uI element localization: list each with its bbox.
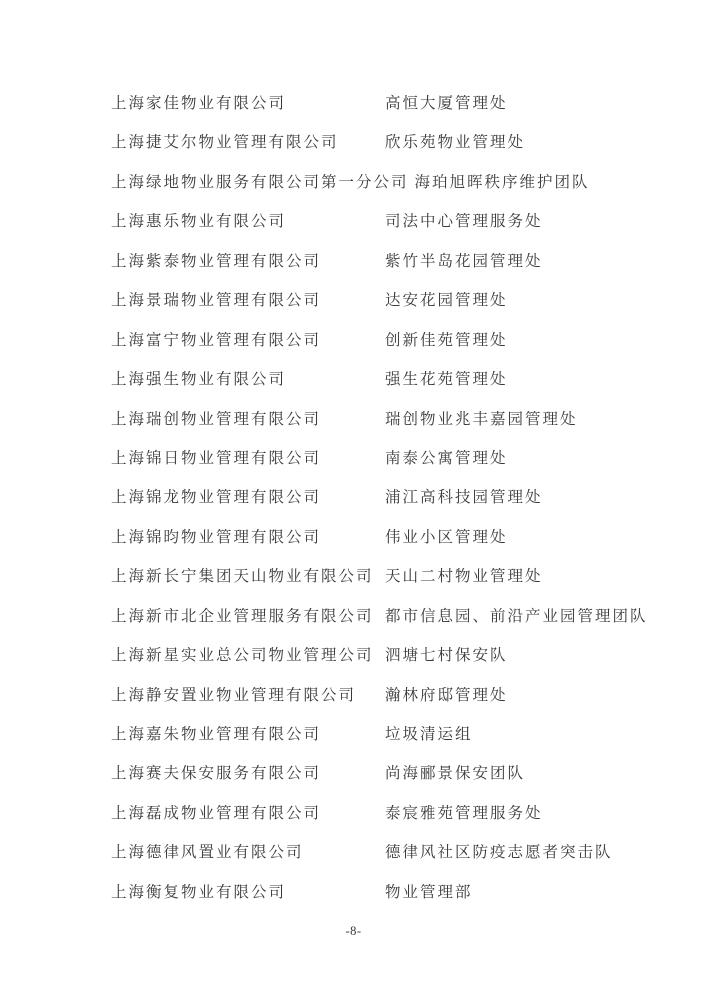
- table-row: 上海德律风置业有限公司 德律风社区防疫志愿者突击队: [111, 844, 667, 883]
- table-row: 上海富宁物业管理有限公司 创新佳苑管理处: [111, 332, 667, 371]
- unit-name: 天山二村物业管理处: [385, 568, 667, 587]
- table-row: 上海磊成物业管理有限公司 泰宸雅苑管理服务处: [111, 805, 667, 844]
- table-row: 上海瑞创物业管理有限公司 瑞创物业兆丰嘉园管理处: [111, 411, 667, 450]
- unit-name: 司法中心管理服务处: [385, 213, 667, 232]
- company-name: 上海衡复物业有限公司: [111, 884, 385, 903]
- table-row: 上海绿地物业服务有限公司第一分公司 海珀旭晖秩序维护团队: [111, 174, 667, 213]
- company-name: 上海锦龙物业管理有限公司: [111, 489, 385, 508]
- company-name: 上海紫泰物业管理有限公司: [111, 253, 385, 272]
- unit-name: 创新佳苑管理处: [385, 332, 667, 351]
- company-name: 上海新市北企业管理服务有限公司: [111, 608, 385, 627]
- table-row: 上海锦日物业管理有限公司 南泰公寓管理处: [111, 450, 667, 489]
- unit-name: 物业管理部: [385, 884, 667, 903]
- unit-name: 瑞创物业兆丰嘉园管理处: [385, 411, 667, 430]
- company-name: 上海强生物业有限公司: [111, 371, 385, 390]
- unit-name: 都市信息园、前沿产业园管理团队: [385, 608, 667, 627]
- unit-name: 紫竹半岛花园管理处: [385, 253, 667, 272]
- company-name: 上海赛夫保安服务有限公司: [111, 765, 385, 784]
- table-row: 上海新市北企业管理服务有限公司 都市信息园、前沿产业园管理团队: [111, 608, 667, 647]
- unit-name: 尚海郦景保安团队: [385, 765, 667, 784]
- company-name: 上海绿地物业服务有限公司第一分公司: [111, 174, 415, 193]
- company-name: 上海景瑞物业管理有限公司: [111, 292, 385, 311]
- unit-name: 欣乐苑物业管理处: [385, 134, 667, 153]
- table-row: 上海锦昀物业管理有限公司 伟业小区管理处: [111, 529, 667, 568]
- unit-name: 泰宸雅苑管理服务处: [385, 805, 667, 824]
- table-row: 上海锦龙物业管理有限公司 浦江高科技园管理处: [111, 489, 667, 528]
- company-name: 上海嘉朱物业管理有限公司: [111, 726, 385, 745]
- company-name: 上海新星实业总公司物业管理公司: [111, 647, 385, 666]
- unit-name: 浦江高科技园管理处: [385, 489, 667, 508]
- table-row: 上海惠乐物业有限公司 司法中心管理服务处: [111, 213, 667, 252]
- table-row: 上海赛夫保安服务有限公司 尚海郦景保安团队: [111, 765, 667, 804]
- table-row: 上海新长宁集团天山物业有限公司 天山二村物业管理处: [111, 568, 667, 607]
- unit-name: 高恒大厦管理处: [385, 95, 667, 114]
- company-name: 上海德律风置业有限公司: [111, 844, 385, 863]
- table-row: 上海紫泰物业管理有限公司 紫竹半岛花园管理处: [111, 253, 667, 292]
- company-name: 上海家佳物业有限公司: [111, 95, 385, 114]
- unit-name: 伟业小区管理处: [385, 529, 667, 548]
- table-row: 上海衡复物业有限公司 物业管理部: [111, 884, 667, 923]
- table-row: 上海家佳物业有限公司 高恒大厦管理处: [111, 95, 667, 134]
- company-name: 上海富宁物业管理有限公司: [111, 332, 385, 351]
- table-row: 上海捷艾尔物业管理有限公司 欣乐苑物业管理处: [111, 134, 667, 173]
- document-page: 上海家佳物业有限公司 高恒大厦管理处 上海捷艾尔物业管理有限公司 欣乐苑物业管理…: [0, 0, 707, 1000]
- table-row: 上海嘉朱物业管理有限公司 垃圾清运组: [111, 726, 667, 765]
- company-name: 上海新长宁集团天山物业有限公司: [111, 568, 385, 587]
- unit-name: 泗塘七村保安队: [385, 647, 667, 666]
- unit-name: 瀚林府邸管理处: [385, 687, 667, 706]
- company-name: 上海捷艾尔物业管理有限公司: [111, 134, 385, 153]
- table-row: 上海强生物业有限公司 强生花苑管理处: [111, 371, 667, 410]
- unit-name: 海珀旭晖秩序维护团队: [415, 174, 667, 193]
- page-number: -8-: [0, 924, 707, 939]
- company-name: 上海磊成物业管理有限公司: [111, 805, 385, 824]
- company-name: 上海静安置业物业管理有限公司: [111, 687, 385, 706]
- unit-name: 达安花园管理处: [385, 292, 667, 311]
- company-name: 上海锦日物业管理有限公司: [111, 450, 385, 469]
- company-name: 上海惠乐物业有限公司: [111, 213, 385, 232]
- unit-name: 南泰公寓管理处: [385, 450, 667, 469]
- unit-name: 德律风社区防疫志愿者突击队: [385, 844, 667, 863]
- company-name: 上海瑞创物业管理有限公司: [111, 411, 385, 430]
- company-unit-list: 上海家佳物业有限公司 高恒大厦管理处 上海捷艾尔物业管理有限公司 欣乐苑物业管理…: [111, 95, 667, 923]
- table-row: 上海景瑞物业管理有限公司 达安花园管理处: [111, 292, 667, 331]
- table-row: 上海静安置业物业管理有限公司 瀚林府邸管理处: [111, 687, 667, 726]
- table-row: 上海新星实业总公司物业管理公司 泗塘七村保安队: [111, 647, 667, 686]
- company-name: 上海锦昀物业管理有限公司: [111, 529, 385, 548]
- unit-name: 强生花苑管理处: [385, 371, 667, 390]
- unit-name: 垃圾清运组: [385, 726, 667, 745]
